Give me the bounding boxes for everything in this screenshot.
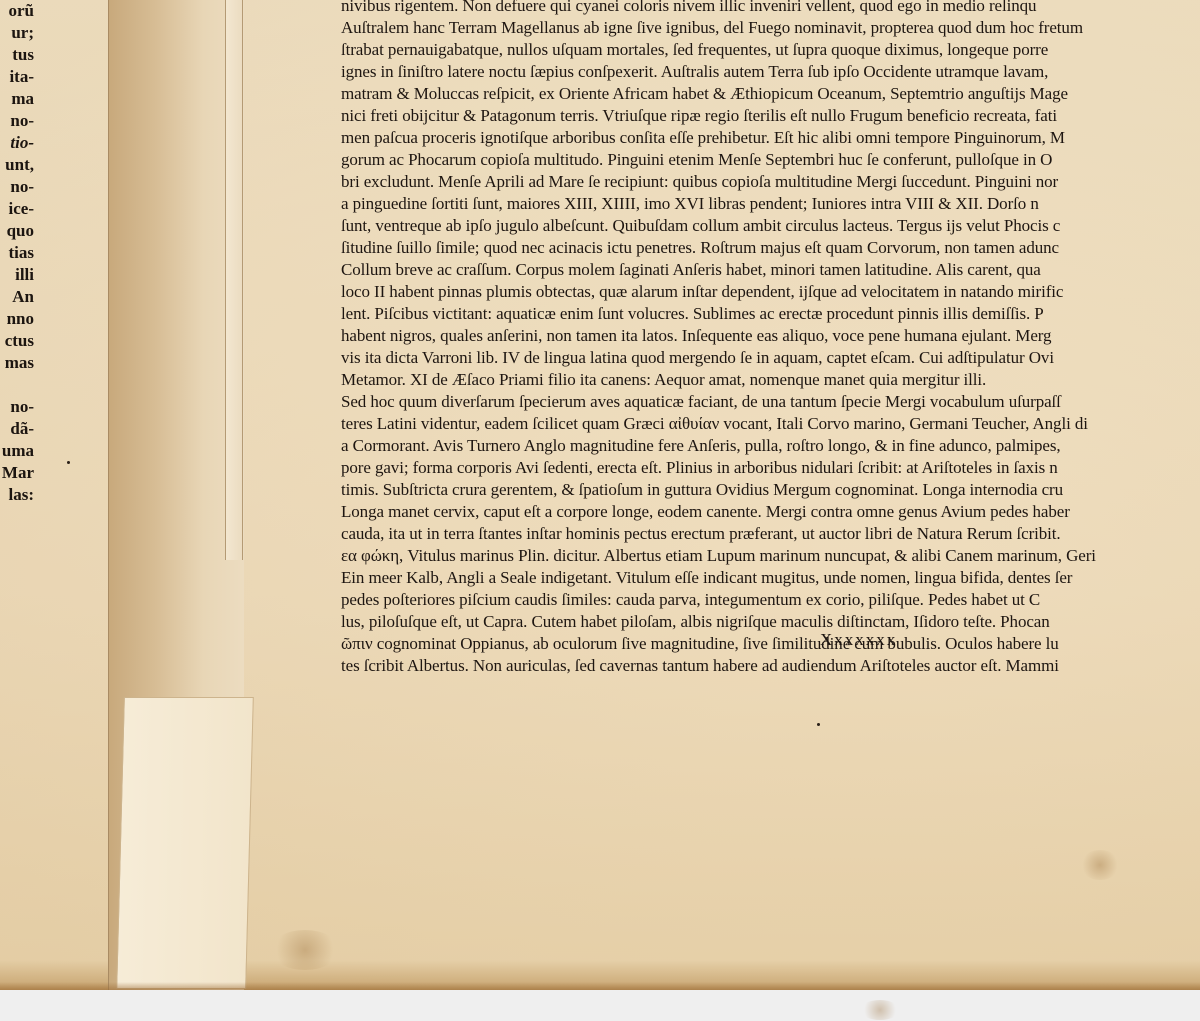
- text-line: Metamor. XI de Æſaco Priami filio ita ca…: [341, 369, 1200, 391]
- foxing-stain: [1080, 850, 1120, 880]
- ink-speck: [817, 723, 820, 726]
- text-line: ſitudine ſuillo ſimile; quod nec acinaci…: [341, 237, 1200, 259]
- text-fragment: tio-: [0, 132, 34, 154]
- text-fragment: An: [0, 286, 34, 308]
- text-fragment: unt,: [0, 154, 34, 176]
- text-line: εα φώκη, Vitulus marinus Plin. dicitur. …: [341, 545, 1200, 567]
- text-line: habent nigros, quales anſerini, non tame…: [341, 325, 1200, 347]
- text-fragment: Mar: [0, 462, 34, 484]
- text-line: ſunt, ventreque ab ipſo jugulo albeſcunt…: [341, 215, 1200, 237]
- text-fragment: [0, 374, 34, 396]
- text-line: tes ſcribit Albertus. Non auriculas, ſed…: [341, 655, 1200, 677]
- book-page-scan: orũ ur; tus ita- ma no- tio- unt, no- ic…: [0, 0, 1200, 990]
- text-fragment: illi: [0, 264, 34, 286]
- ink-speck: [67, 461, 70, 464]
- text-line: Auſtralem hanc Terram Magellanus ab igne…: [341, 17, 1200, 39]
- text-line: bri excludunt. Menſe Aprili ad Mare ſe r…: [341, 171, 1200, 193]
- text-line: lus, piloſuſque eſt, ut Capra. Cutem hab…: [341, 611, 1200, 633]
- text-fragment: quo: [0, 220, 34, 242]
- text-line: a Cormorant. Avis Turnero Anglo magnitud…: [341, 435, 1200, 457]
- text-fragment: nno: [0, 308, 34, 330]
- text-line: Ein meer Kalb, Angli a Seale indigetant.…: [341, 567, 1200, 589]
- text-fragment: ice-: [0, 198, 34, 220]
- torn-page-edge: [225, 0, 243, 560]
- text-fragment: mas: [0, 352, 34, 374]
- text-line: nici freti obijcitur & Patagonum terris.…: [341, 105, 1200, 127]
- text-fragment: ita-: [0, 66, 34, 88]
- text-fragment: ur;: [0, 22, 34, 44]
- text-line: cauda, ita ut in terra ſtantes inſtar ho…: [341, 523, 1200, 545]
- text-line: Longa manet cervix, caput eſt a corpore …: [341, 501, 1200, 523]
- text-line: pore gavi; forma corporis Avi ſedenti, e…: [341, 457, 1200, 479]
- text-line: pedes poſteriores piſcium caudis ſimiles…: [341, 589, 1200, 611]
- text-line: teres Latini videntur, eadem ſcilicet qu…: [341, 413, 1200, 435]
- foxing-stain: [860, 1000, 900, 1020]
- text-line: Collum breve ac craſſum. Corpus molem ſa…: [341, 259, 1200, 281]
- text-fragment: no-: [0, 176, 34, 198]
- signature-mark: Xxxxxxx: [820, 630, 897, 650]
- text-fragment: uma: [0, 440, 34, 462]
- foxing-stain: [270, 930, 340, 970]
- text-line: ſtrabat pernauigabatque, nullos uſquam m…: [341, 39, 1200, 61]
- text-fragment: tus: [0, 44, 34, 66]
- text-fragment: orũ: [0, 0, 34, 22]
- text-line: ignes in ſiniſtro latere noctu ſæpius co…: [341, 61, 1200, 83]
- text-fragment: las:: [0, 484, 34, 506]
- text-line: Sed hoc quum diverſarum ſpecierum aves a…: [341, 391, 1200, 413]
- text-line: ῶπιν cognominat Oppianus, ab oculorum ſi…: [341, 633, 1200, 655]
- text-line: nivibus rigentem. Non defuere qui cyanei…: [341, 0, 1200, 17]
- text-fragment: tias: [0, 242, 34, 264]
- text-fragment: no-: [0, 396, 34, 418]
- text-line: men paſcua proceris ignotiſque arboribus…: [341, 127, 1200, 149]
- text-line: vis ita dicta Varroni lib. IV de lingua …: [341, 347, 1200, 369]
- text-fragment: ma: [0, 88, 34, 110]
- text-fragment: no-: [0, 110, 34, 132]
- text-line: a pinguedine ſortiti ſunt, maiores XIII,…: [341, 193, 1200, 215]
- text-line: matram & Moluccas reſpicit, ex Oriente A…: [341, 83, 1200, 105]
- repair-paper-strip: [116, 697, 254, 989]
- text-fragment: ctus: [0, 330, 34, 352]
- text-line: gorum ac Phocarum copioſa multitudo. Pin…: [341, 149, 1200, 171]
- text-line: loco II habent pinnas plumis obtectas, q…: [341, 281, 1200, 303]
- main-text-column: nivibus rigentem. Non defuere qui cyanei…: [341, 0, 1200, 677]
- left-column-fragments: orũ ur; tus ita- ma no- tio- unt, no- ic…: [0, 0, 34, 506]
- text-fragment: dã-: [0, 418, 34, 440]
- text-line: timis. Subſtricta crura gerentem, & ſpat…: [341, 479, 1200, 501]
- text-line: lent. Piſcibus victitant: aquaticæ enim …: [341, 303, 1200, 325]
